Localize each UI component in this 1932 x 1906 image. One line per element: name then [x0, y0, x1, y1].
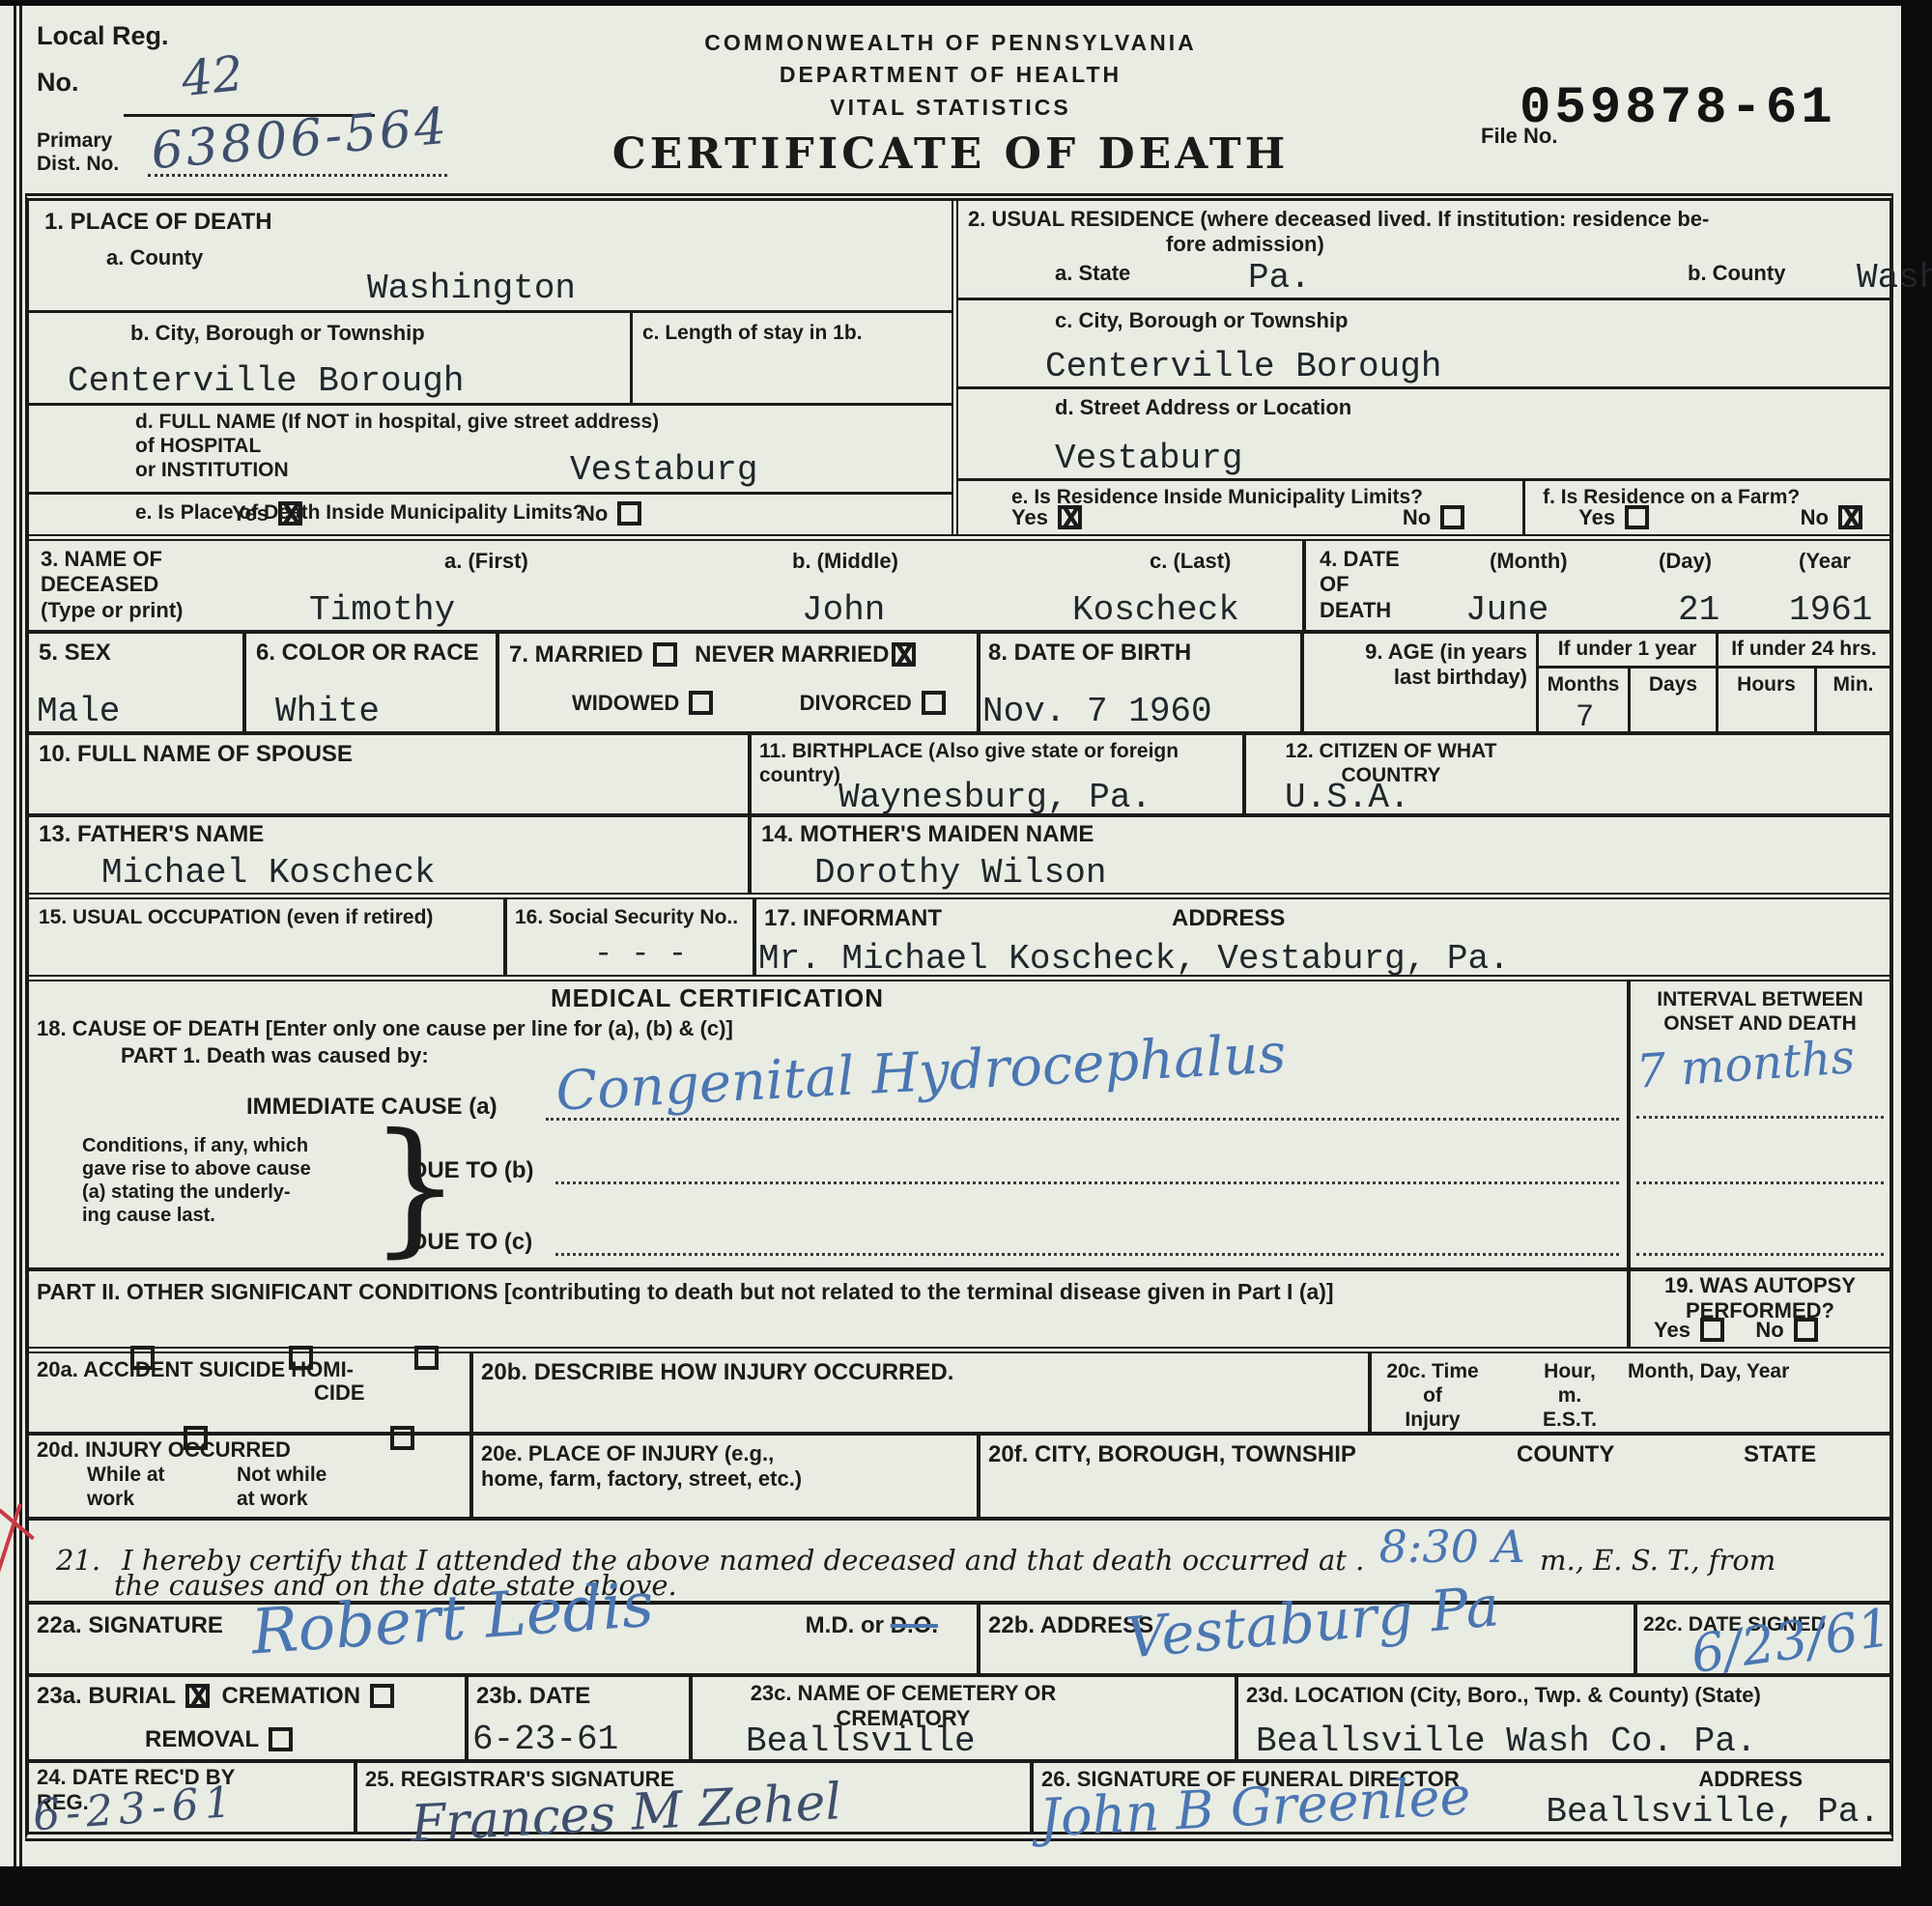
s1a-value: Washington: [367, 269, 576, 308]
section-22c-date-signed: 22c. DATE SIGNED 6/23/61: [1637, 1605, 1889, 1673]
part2-label: PART II. OTHER SIGNIFICANT CONDITIONS [c…: [37, 1279, 1334, 1305]
s20a-suicide-checkbox: [289, 1346, 313, 1370]
file-number-block: File No. 059878-61: [1399, 52, 1843, 187]
s16-label: 16. Social Security No..: [515, 905, 738, 929]
s23a-burial-label: 23a. BURIAL: [37, 1683, 176, 1709]
s2-title-block: 2. USUAL RESIDENCE (where deceased lived…: [958, 201, 1889, 298]
s2f-yes-checkbox: [1625, 505, 1649, 529]
s21-number: 21.: [56, 1544, 100, 1577]
section-8-date-of-birth: 8. DATE OF BIRTH Nov. 7 1960: [980, 634, 1304, 731]
s23b-label: 23b. DATE: [476, 1683, 590, 1710]
s1c-label: c. Length of stay in 1b.: [642, 321, 863, 345]
section-2-usual-residence: 2. USUAL RESIDENCE (where deceased lived…: [958, 201, 1889, 534]
s4-month-value: June: [1465, 590, 1548, 630]
section-23d-location: 23d. LOCATION (City, Boro., Twp. & Count…: [1238, 1677, 1889, 1759]
s2-title: 2. USUAL RESIDENCE (where deceased lived…: [968, 207, 1709, 232]
s22a-label: 22a. SIGNATURE: [37, 1612, 223, 1639]
s4-day-label: (Day): [1659, 549, 1712, 574]
s2f-no: NoX: [1801, 505, 1862, 530]
s20f-county-label: COUNTY: [1517, 1441, 1614, 1468]
s9-grid-header: If under 1 year If under 24 hrs.: [1539, 634, 1889, 669]
row-21-certification: 21.I hereby certify that I attended the …: [29, 1521, 1889, 1605]
s18-dueb-label: DUE TO (b): [411, 1157, 534, 1184]
section-16-ssn: 16. Social Security No.. - - -: [507, 899, 756, 975]
s20e-label: 20e. PLACE OF INJURY (e.g., home, farm, …: [481, 1441, 802, 1493]
local-reg-label: Local Reg.: [37, 21, 481, 51]
s9-days-cell: Days: [1631, 669, 1719, 731]
section-17-informant: 17. INFORMANT ADDRESS Mr. Michael Kosche…: [756, 899, 1889, 975]
file-no-stamp: 059878-61: [1520, 79, 1836, 138]
s4-day-value: 21: [1678, 590, 1719, 630]
scanned-death-certificate: Local Reg. No. 42 Primary Dist. No. 6380…: [0, 0, 1932, 1906]
s1e-yes-checkbox: X: [278, 501, 302, 526]
s7-divorced-checkbox: [922, 691, 946, 715]
row-father-mother: 13. FATHER'S NAME Michael Koscheck 14. M…: [29, 817, 1889, 899]
section-12-citizen: 12. CITIZEN OF WHAT COUNTRY U.S.A.: [1246, 735, 1889, 813]
s23a-burial-checkbox: X: [185, 1684, 210, 1708]
s18-conditions-text: Conditions, if any, which gave rise to a…: [82, 1134, 311, 1227]
s2c-value: Centerville Borough: [1045, 347, 1441, 386]
row-name-dateofdeath: 3. NAME OF DECEASED (Type or print) a. (…: [29, 541, 1889, 634]
section-11-birthplace: 11. BIRTHPLACE (Also give state or forei…: [752, 735, 1246, 813]
s1e-no: No: [580, 501, 641, 526]
s2c-city: c. City, Borough or Township Centerville…: [958, 300, 1889, 389]
interval-column: INTERVAL BETWEEN ONSET AND DEATH 7 month…: [1627, 981, 1889, 1267]
section-4-date-of-death: 4. DATE OF DEATH (Month) (Day) (Year Jun…: [1306, 541, 1889, 630]
section-6-color-race: 6. COLOR OR RACE White: [246, 634, 499, 731]
s9-months-label: Months: [1539, 669, 1628, 697]
s9-min-label: Min.: [1817, 669, 1889, 697]
section-23a-burial: 23a. BURIALX CREMATION REMOVAL: [29, 1677, 469, 1759]
s1d-hospital: d. FULL NAME (If NOT in hospital, give s…: [29, 406, 952, 495]
row-22-signature: 22a. SIGNATURE Robert Ledis M.D. or D.O.…: [29, 1605, 1889, 1677]
left-margin-rule: [14, 6, 22, 1866]
row-23-burial: 23a. BURIALX CREMATION REMOVAL 23b. DATE…: [29, 1677, 1889, 1763]
s26-address-value: Beallsville, Pa.: [1546, 1792, 1880, 1832]
s19-no-label: No: [1755, 1318, 1783, 1342]
section-23c-cemetery: 23c. NAME OF CEMETERY OR CREMATORY Beall…: [693, 1677, 1238, 1759]
s3c-label: c. (Last): [1150, 549, 1231, 574]
s20d-label: 20d. INJURY OCCURRED: [37, 1437, 291, 1463]
vital-statistics-line: VITAL STATISTICS: [612, 92, 1289, 124]
s3-title: 3. NAME OF DECEASED (Type or print): [41, 547, 183, 623]
s2f-yes: Yes: [1578, 505, 1649, 530]
interval-line-c: [1636, 1227, 1884, 1256]
s23a-removal-checkbox: [269, 1727, 293, 1751]
section-14-mother: 14. MOTHER'S MAIDEN NAME Dorothy Wilson: [752, 817, 1889, 893]
row-medical-certification: MEDICAL CERTIFICATION 18. CAUSE OF DEATH…: [29, 981, 1889, 1271]
s23a-removal-label: REMOVAL: [145, 1726, 259, 1752]
s9-months-value: 7: [1576, 699, 1594, 735]
certificate-header: Local Reg. No. 42 Primary Dist. No. 6380…: [0, 6, 1901, 193]
s1d-value: Vestaburg: [570, 450, 757, 490]
section-23b-date: 23b. DATE 6-23-61: [469, 1677, 693, 1759]
section-7-marital-status: 7. MARRIED NEVER MARRIEDX WIDOWED DIVORC…: [499, 634, 980, 731]
section-20d-injury-occurred: 20d. INJURY OCCURRED While at work Not w…: [29, 1436, 473, 1517]
s23b-value: 6-23-61: [472, 1720, 618, 1759]
s17-address-label: ADDRESS: [1172, 905, 1285, 932]
s2ef-row: e. Is Residence Inside Municipality Limi…: [958, 481, 1889, 534]
primary-dist-no-value: 63806-564: [149, 98, 451, 182]
section-3-name-of-deceased: 3. NAME OF DECEASED (Type or print) a. (…: [29, 541, 1306, 630]
s18-duec-label: DUE TO (c): [411, 1229, 532, 1256]
local-reg-no-value: 42: [179, 45, 245, 107]
s2e-yes: YesX: [1011, 505, 1082, 530]
s3-middle-value: John: [802, 590, 885, 630]
s4-year-label: (Year: [1799, 549, 1851, 574]
s1b-value: Centerville Borough: [68, 361, 464, 401]
s9-days-label: Days: [1631, 669, 1716, 697]
s6-value: White: [275, 692, 380, 731]
s23a-line2: REMOVAL: [145, 1726, 293, 1753]
s1bc-row: b. City, Borough or Township Centerville…: [29, 313, 952, 406]
medical-title: MEDICAL CERTIFICATION: [551, 983, 884, 1014]
row-place-residence: 1. PLACE OF DEATH a. County Washington b…: [29, 201, 1889, 541]
s18-duec-line: [555, 1227, 1619, 1256]
interval-line-b: [1636, 1155, 1884, 1184]
section-15-occupation: 15. USUAL OCCUPATION (even if retired): [29, 899, 507, 975]
s18-part1-label: PART 1. Death was caused by:: [121, 1043, 429, 1068]
s20a-accident-checkbox: [130, 1346, 155, 1370]
s3-last-value: Koscheck: [1072, 590, 1239, 630]
section-10-spouse: 10. FULL NAME OF SPOUSE: [29, 735, 752, 813]
s20d-notwhileatwork-checkbox: [390, 1426, 414, 1450]
row-20def: 20d. INJURY OCCURRED While at work Not w…: [29, 1436, 1889, 1521]
s20d-whileatwork-checkbox: [184, 1426, 208, 1450]
s17-value: Mr. Michael Koscheck, Vestaburg, Pa.: [758, 939, 1510, 979]
s1e-municipality: e. Is Place of Death Inside Municipality…: [29, 495, 952, 534]
s3-first-value: Timothy: [309, 590, 455, 630]
s12-value: U.S.A.: [1285, 778, 1410, 817]
s2e-yes-mark: X: [1061, 500, 1082, 540]
s23d-value: Beallsville Wash Co. Pa.: [1256, 1721, 1756, 1761]
s16-value: - - -: [594, 936, 687, 972]
s1c-length-of-stay: c. Length of stay in 1b.: [633, 313, 952, 403]
s23a-line1: 23a. BURIALX CREMATION: [37, 1683, 394, 1710]
s20f-state-label: STATE: [1744, 1441, 1816, 1468]
s4-year-value: 1961: [1789, 590, 1872, 630]
s9-label: 9. AGE (in years last birthday): [1310, 640, 1527, 691]
s23c-value: Beallsville: [746, 1721, 976, 1761]
s22a-do-label: D.O.: [891, 1612, 938, 1638]
local-reg-no-label: No.: [37, 68, 79, 98]
s20c-col2: Hour, m. E.S.T.: [1531, 1359, 1608, 1433]
s9-grid: If under 1 year If under 24 hrs. Months …: [1536, 634, 1889, 731]
s7-never-mark: X: [895, 638, 916, 677]
s2f-no-checkbox: X: [1838, 505, 1862, 529]
s3a-label: a. (First): [444, 549, 528, 574]
s23a-cremation-checkbox: [370, 1684, 394, 1708]
s2f-no-label: No: [1801, 505, 1829, 529]
s19-yes-label: Yes: [1654, 1318, 1690, 1342]
s20c-col3: Month, Day, Year: [1628, 1359, 1789, 1383]
s2b-value: Washington: [1857, 258, 1932, 298]
s7-widowed-checkbox: [689, 691, 713, 715]
s9-label-cell: 9. AGE (in years last birthday): [1304, 634, 1536, 731]
s8-value: Nov. 7 1960: [982, 692, 1212, 731]
s13-label: 13. FATHER'S NAME: [39, 821, 264, 848]
s1e-yes: YesX: [232, 501, 302, 526]
s9-under1-label: If under 1 year: [1539, 634, 1719, 666]
s9-min-cell: Min.: [1817, 669, 1889, 731]
section-5-sex: 5. SEX Male: [29, 634, 246, 731]
s7-married-checkbox: [653, 642, 677, 667]
section-25-registrar-signature: 25. REGISTRAR'S SIGNATURE Frances M Zehe…: [357, 1763, 1034, 1832]
s26-address-label: ADDRESS: [1698, 1767, 1803, 1792]
s1e-no-checkbox: [617, 501, 641, 526]
s22c-date-value: 6/23/61: [1688, 1597, 1895, 1685]
s1e-label: e. Is Place of Death Inside Municipality…: [135, 500, 585, 525]
s2a-value: Pa.: [1248, 258, 1311, 298]
s2f-farm: f. Is Residence on a Farm? Yes NoX: [1525, 481, 1889, 534]
s2e-yes-label: Yes: [1011, 505, 1048, 529]
s2c-label: c. City, Borough or Township: [1055, 308, 1349, 333]
primary-dist-label: Primary Dist. No.: [37, 129, 119, 176]
s2-title2: fore admission): [1166, 232, 1324, 257]
row-sex-race-marital-birth-age: 5. SEX Male 6. COLOR OR RACE White 7. MA…: [29, 634, 1889, 735]
certificate-paper: Local Reg. No. 42 Primary Dist. No. 6380…: [0, 6, 1901, 1866]
s5-label: 5. SEX: [39, 640, 111, 667]
section-20c-time-of-injury: 20c. Time of Injury Hour, m. E.S.T. Mont…: [1372, 1353, 1889, 1432]
s7-line2: WIDOWED DIVORCED: [572, 691, 946, 716]
s9-grid-body: Months 7 Days Hours Min.: [1539, 669, 1889, 731]
s13-value: Michael Koscheck: [101, 853, 436, 893]
s1e-no-label: No: [580, 501, 608, 526]
s2e-no: No: [1403, 505, 1464, 530]
section-20e-place-of-injury: 20e. PLACE OF INJURY (e.g., home, farm, …: [473, 1436, 980, 1517]
s20c-col1: 20c. Time of Injury: [1379, 1359, 1486, 1433]
interval-line-a: [1636, 1090, 1884, 1119]
s1e-yes-mark: X: [281, 497, 302, 536]
s9-months-cell: Months 7: [1539, 669, 1631, 731]
section-20f-city-county-state: 20f. CITY, BOROUGH, TOWNSHIP COUNTY STAT…: [980, 1436, 1889, 1517]
s1a-label: a. County: [106, 245, 203, 270]
s7-line1: 7. MARRIED NEVER MARRIEDX: [509, 641, 916, 669]
s2b-label: b. County: [1688, 261, 1785, 286]
s23a-cremation-label: CREMATION: [222, 1683, 361, 1709]
s22a-md-label: M.D. or: [806, 1612, 884, 1638]
row-spouse-birthplace-citizen: 10. FULL NAME OF SPOUSE 11. BIRTHPLACE (…: [29, 735, 1889, 817]
interval-label: INTERVAL BETWEEN ONSET AND DEATH: [1631, 987, 1889, 1036]
row-occupation-ssn-informant: 15. USUAL OCCUPATION (even if retired) 1…: [29, 899, 1889, 981]
section-19-autopsy: 19. WAS AUTOPSY PERFORMED? Yes No: [1627, 1271, 1889, 1347]
certificate-form: 1. PLACE OF DEATH a. County Washington b…: [25, 193, 1893, 1841]
s18-dueb-line: [555, 1155, 1619, 1184]
s21-time-value: 8:30 A: [1379, 1521, 1525, 1573]
s23d-label: 23d. LOCATION (City, Boro., Twp. & Count…: [1246, 1683, 1761, 1708]
medical-main: MEDICAL CERTIFICATION 18. CAUSE OF DEATH…: [29, 981, 1627, 1267]
section-20b-describe-injury: 20b. DESCRIBE HOW INJURY OCCURRED.: [473, 1353, 1372, 1432]
s19-no-checkbox: [1794, 1318, 1818, 1342]
s9-hours-label: Hours: [1719, 669, 1814, 697]
s20d-opt1-label: While at work: [87, 1463, 165, 1511]
s23a-burial-mark: X: [188, 1679, 210, 1719]
s1e-yes-label: Yes: [232, 501, 269, 526]
section-20a-accident: 20a. ACCIDENT SUICIDE HOMI- CIDE: [29, 1353, 473, 1432]
s3b-label: b. (Middle): [792, 549, 898, 574]
s2e-no-checkbox: [1440, 505, 1464, 529]
s2f-yes-label: Yes: [1578, 505, 1615, 529]
section-13-father: 13. FATHER'S NAME Michael Koscheck: [29, 817, 752, 893]
s7-divorced-label: DIVORCED: [800, 691, 912, 715]
s18-label: 18. CAUSE OF DEATH [Enter only one cause…: [37, 1016, 733, 1041]
s20a-label2: CIDE: [314, 1380, 365, 1406]
s11-value: Waynesburg, Pa.: [838, 778, 1151, 817]
s2d-label: d. Street Address or Location: [1055, 395, 1351, 420]
s10-label: 10. FULL NAME OF SPOUSE: [39, 741, 353, 768]
s7-married-label: 7. MARRIED: [509, 641, 643, 668]
s20d-opt2-label: Not while at work: [237, 1463, 327, 1511]
s14-value: Dorothy Wilson: [814, 853, 1106, 893]
s6-label: 6. COLOR OR RACE: [256, 640, 479, 667]
s2e-municipality: e. Is Residence Inside Municipality Limi…: [958, 481, 1525, 534]
section-26-funeral-director: 26. SIGNATURE OF FUNERAL DIRECTOR ADDRES…: [1034, 1763, 1889, 1832]
s1-title: 1. PLACE OF DEATH: [44, 209, 272, 236]
s20a-homicide-checkbox: [414, 1346, 439, 1370]
department-line: DEPARTMENT OF HEALTH: [612, 59, 1289, 91]
s2d-value: Vestaburg: [1055, 439, 1242, 478]
local-registration-block: Local Reg. No. 42 Primary Dist. No. 6380…: [37, 21, 481, 205]
s1b-label: b. City, Borough or Township: [130, 321, 425, 346]
s2d-street: d. Street Address or Location Vestaburg: [958, 389, 1889, 481]
s1a-county: 1. PLACE OF DEATH a. County Washington: [29, 201, 952, 313]
s7-never-label: NEVER MARRIED: [695, 641, 889, 668]
s21-text2: m., E. S. T., from: [1540, 1544, 1776, 1577]
section-22a-signature: 22a. SIGNATURE Robert Ledis M.D. or D.O.: [29, 1605, 980, 1673]
s2f-no-mark: X: [1841, 500, 1862, 540]
s2a-label: a. State: [1055, 261, 1130, 286]
s19-options: Yes No: [1654, 1318, 1818, 1343]
section-24-date-received: 24. DATE REC'D BY REG. 6-23-61: [29, 1763, 357, 1832]
commonwealth-line: COMMONWEALTH OF PENNSYLVANIA: [612, 27, 1289, 59]
s7-widowed-label: WIDOWED: [572, 691, 679, 715]
s17-label: 17. INFORMANT: [764, 905, 942, 932]
s20b-label: 20b. DESCRIBE HOW INJURY OCCURRED.: [481, 1359, 953, 1386]
s9-hours-cell: Hours: [1719, 669, 1817, 731]
s14-label: 14. MOTHER'S MAIDEN NAME: [761, 821, 1094, 848]
section-1-place-of-death: 1. PLACE OF DEATH a. County Washington b…: [29, 201, 958, 534]
s9-under24-label: If under 24 hrs.: [1719, 634, 1889, 666]
s1b-city: b. City, Borough or Township Centerville…: [29, 313, 633, 403]
section-21-certification: 21.I hereby certify that I attended the …: [29, 1521, 1889, 1601]
s2e-yes-checkbox: X: [1058, 505, 1082, 529]
commonwealth-heading: COMMONWEALTH OF PENNSYLVANIA DEPARTMENT …: [612, 27, 1289, 179]
s22a-md-do: M.D. or D.O.: [806, 1612, 938, 1639]
section-22b-address: 22b. ADDRESS Vestaburg Pa: [980, 1605, 1637, 1673]
row-20abc: 20a. ACCIDENT SUICIDE HOMI- CIDE 20b. DE…: [29, 1353, 1889, 1436]
s8-label: 8. DATE OF BIRTH: [988, 640, 1191, 667]
certificate-title: CERTIFICATE OF DEATH: [612, 129, 1289, 179]
s4-title: 4. DATE OF DEATH: [1320, 547, 1400, 623]
part2-conditions: PART II. OTHER SIGNIFICANT CONDITIONS [c…: [29, 1271, 1627, 1347]
section-9-age: 9. AGE (in years last birthday) If under…: [1304, 634, 1889, 731]
s20f-label: 20f. CITY, BOROUGH, TOWNSHIP: [988, 1441, 1356, 1468]
s5-value: Male: [37, 692, 120, 731]
primary-dist-underline: [148, 174, 447, 177]
row-24-25-26: 24. DATE REC'D BY REG. 6-23-61 25. REGIS…: [29, 1763, 1889, 1832]
s4-month-label: (Month): [1490, 549, 1568, 574]
s15-label: 15. USUAL OCCUPATION (even if retired): [39, 905, 433, 929]
s19-yes-checkbox: [1700, 1318, 1724, 1342]
row-part2-autopsy: PART II. OTHER SIGNIFICANT CONDITIONS [c…: [29, 1271, 1889, 1353]
s7-never-checkbox: X: [892, 642, 916, 667]
s2e-no-label: No: [1403, 505, 1431, 529]
